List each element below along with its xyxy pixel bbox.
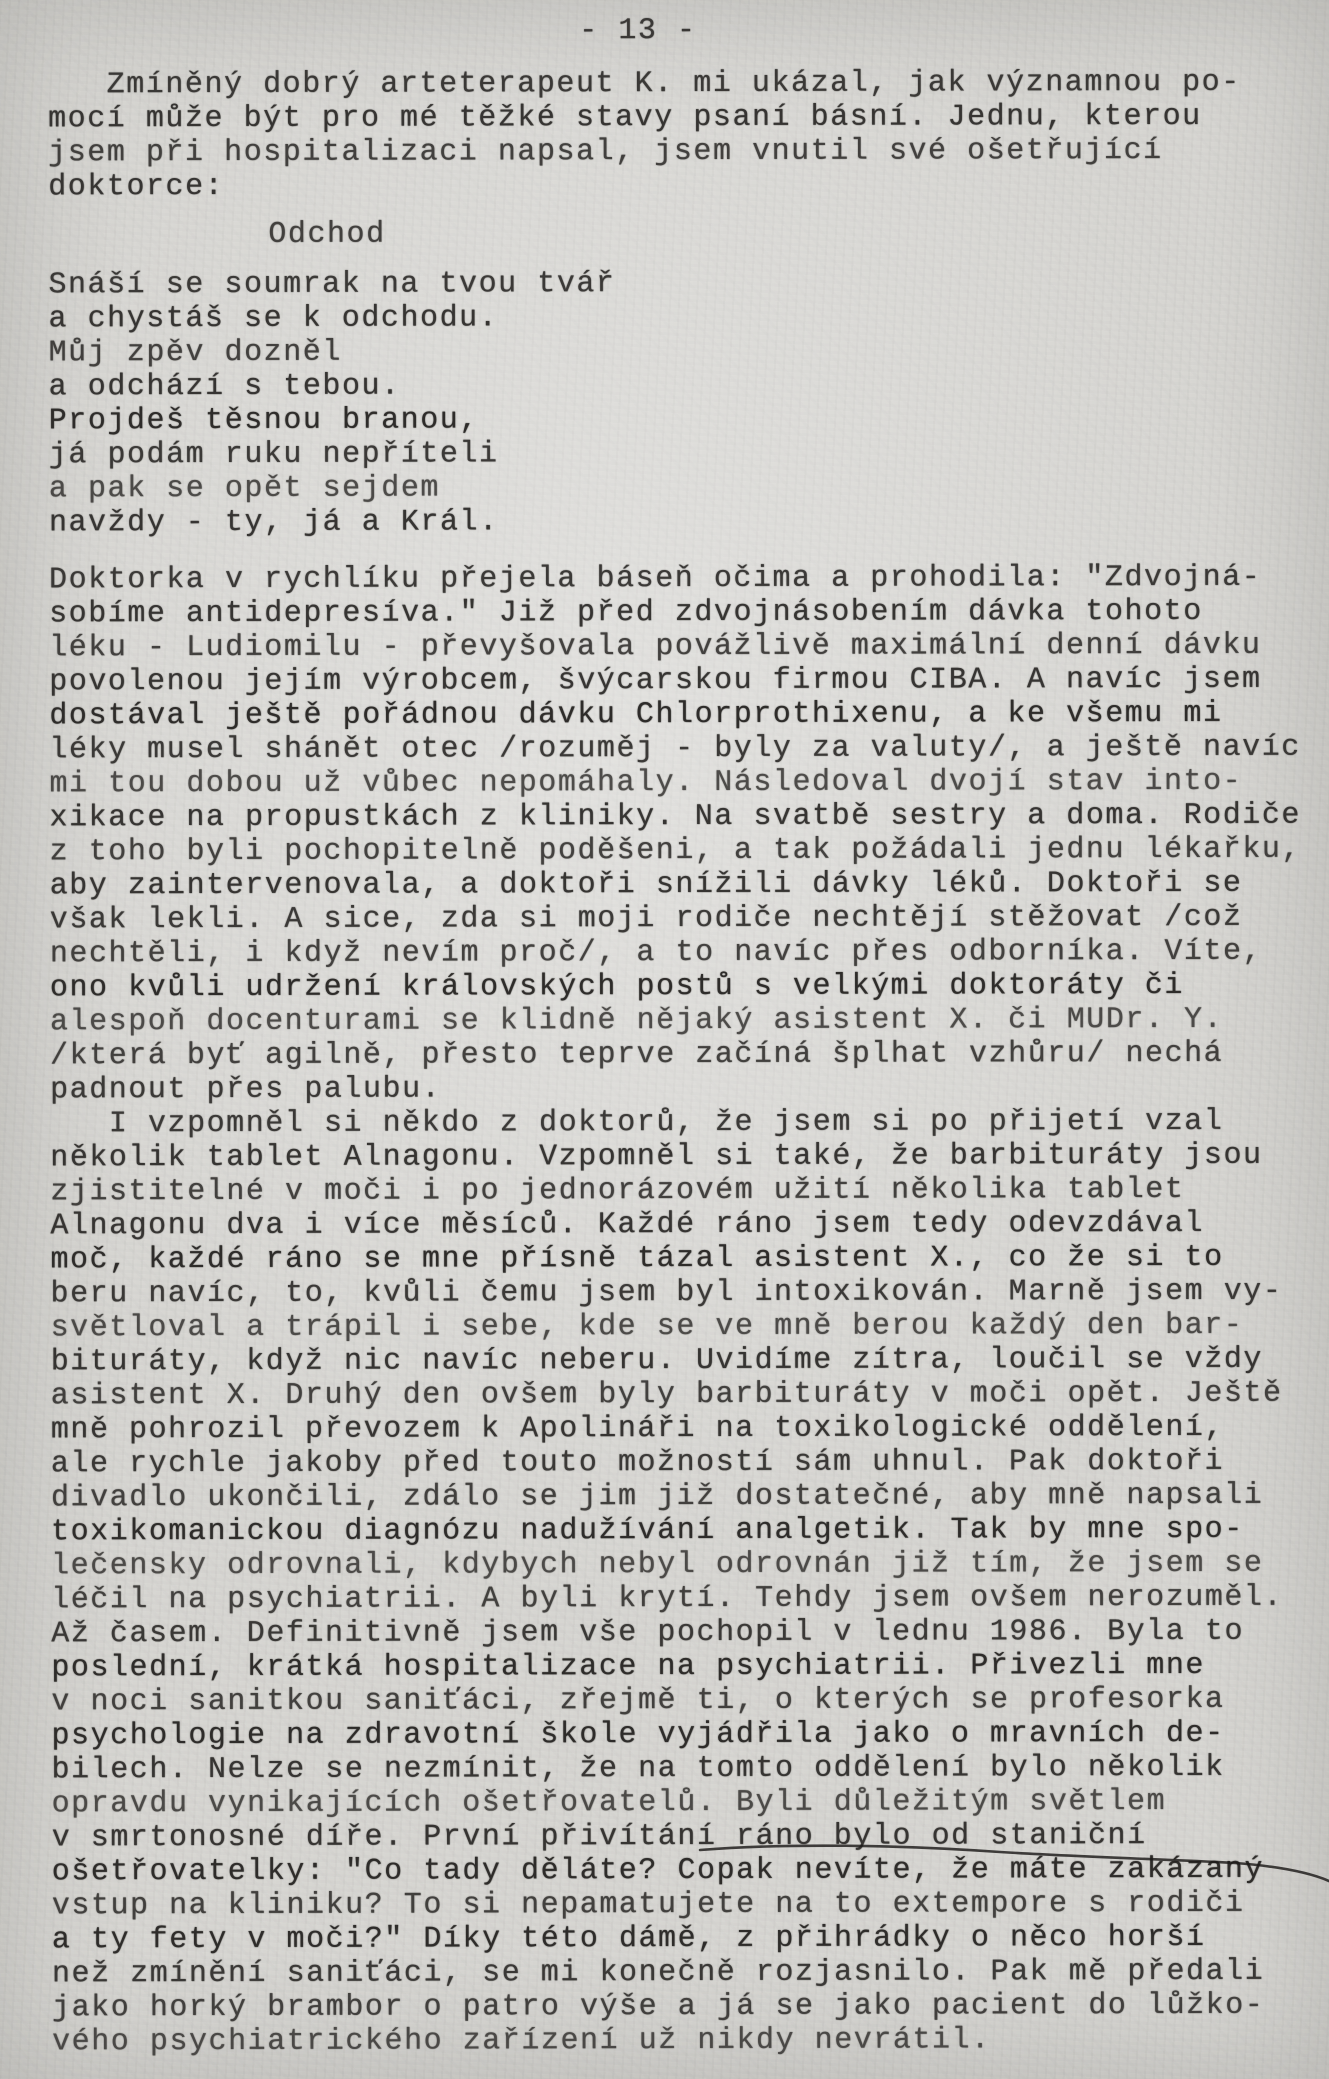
text-line: Snáší se soumrak na tvou tvář	[48, 266, 1320, 303]
text-line: Projdeš těsnou branou,	[49, 402, 1321, 439]
text-line: vého psychiatrického zařízení už nikdy n…	[52, 2023, 1324, 2060]
text-line: asistent X. Druhý den ovšem byly barbitu…	[51, 1377, 1323, 1414]
text-line: a pak se opět sejdem	[49, 470, 1321, 507]
text-line: jako horký brambor o patro výše a já se …	[52, 1989, 1324, 2026]
text-line: léčil na psychiatrii. A byli krytí. Tehd…	[51, 1581, 1323, 1618]
text-line: Zmíněný dobrý arteterapeut K. mi ukázal,…	[48, 66, 1320, 103]
main-paragraph: Doktorka v rychlíku přejela báseň očima …	[49, 561, 1322, 1108]
text-line: lečensky odrovnali, kdybych nebyl odrovn…	[51, 1547, 1323, 1584]
closing-paragraph: I vzpomněl si někdo z doktorů, že jsem s…	[50, 1105, 1324, 2060]
text-line: poslední, krátká hospitalizace na psychi…	[51, 1649, 1323, 1686]
text-line: mi tou dobou už vůbec nepomáhaly. Násled…	[49, 765, 1321, 802]
page-number: - 13 -	[48, 13, 1228, 49]
text-line: /která byť agilně, přesto teprve začíná …	[50, 1037, 1322, 1074]
text-line: psychologie na zdravotní škole vyjádřila…	[51, 1717, 1323, 1754]
text-line: světloval a trápil i sebe, kde se ve mně…	[51, 1309, 1323, 1346]
text-line: několik tablet Alnagonu. Vzpomněl si tak…	[50, 1139, 1322, 1176]
text-line: a chystáš se k odchodu.	[48, 300, 1320, 337]
intro-paragraph: Zmíněný dobrý arteterapeut K. mi ukázal,…	[48, 66, 1320, 205]
text-line: dostával ještě pořádnou dávku Chlorproth…	[49, 697, 1321, 734]
text-line: beru navíc, to, kvůli čemu jsem byl into…	[51, 1275, 1323, 1312]
text-line: léku - Ludiomilu - převyšovala povážlivě…	[49, 629, 1321, 666]
text-line: xikace na propustkách z kliniky. Na svat…	[50, 799, 1322, 836]
typewritten-page: - 13 - Zmíněný dobrý arteterapeut K. mi …	[0, 0, 1329, 2079]
text-line: já podám ruku nepříteli	[49, 436, 1321, 473]
text-line: aby zaintervenovala, a doktoři snížili d…	[50, 867, 1322, 904]
poem-title: Odchod	[48, 216, 1320, 253]
text-line: Doktorka v rychlíku přejela báseň očima …	[49, 561, 1321, 598]
text-line: v smrtonosné díře. První přivítání ráno …	[52, 1819, 1324, 1856]
text-line: doktorce:	[48, 168, 1320, 205]
text-line: a ty fety v moči?" Díky této dámě, z při…	[52, 1921, 1324, 1958]
text-line: divadlo ukončili, zdálo se jim již dosta…	[51, 1479, 1323, 1516]
text-line: padnout přes palubu.	[50, 1071, 1322, 1108]
text-line: navždy - ty, já a Král.	[49, 504, 1321, 541]
text-line: v noci sanitkou saniťáci, zřejmě ti, o k…	[51, 1683, 1323, 1720]
text-line: opravdu vynikajících ošetřovatelů. Byli …	[52, 1785, 1324, 1822]
text-line: z toho byli pochopitelně poděšeni, a tak…	[50, 833, 1322, 870]
text-line: alespoň docenturami se klidně nějaký asi…	[50, 1003, 1322, 1040]
text-line: vstup na kliniku? To si nepamatujete na …	[52, 1887, 1324, 1924]
text-line: povolenou jejím výrobcem, švýcarskou fir…	[49, 663, 1321, 700]
text-line: ošetřovatelky: "Co tady děláte? Copak ne…	[52, 1853, 1324, 1890]
text-line: jsem při hospitalizaci napsal, jsem vnut…	[48, 134, 1320, 171]
text-line: bilech. Nelze se nezmínit, že na tomto o…	[52, 1751, 1324, 1788]
text-line: Můj zpěv dozněl	[49, 334, 1321, 371]
text-line: nechtěli, i když nevím proč/, a to navíc…	[50, 935, 1322, 972]
text-line: zjistitelné v moči i po jednorázovém uži…	[50, 1173, 1322, 1210]
text-line: mně pohrozil převozem k Apolináři na tox…	[51, 1411, 1323, 1448]
text-line: však lekli. A sice, zda si moji rodiče n…	[50, 901, 1322, 938]
text-line: léky musel shánět otec /rozuměj - byly z…	[49, 731, 1321, 768]
text-line: mocí může být pro mé těžké stavy psaní b…	[48, 100, 1320, 137]
text-line: moč, každé ráno se mne přísně tázal asis…	[50, 1241, 1322, 1278]
text-line: I vzpomněl si někdo z doktorů, že jsem s…	[50, 1105, 1322, 1142]
text-line: Až časem. Definitivně jsem vše pochopil …	[51, 1615, 1323, 1652]
page-text-block: - 13 - Zmíněný dobrý arteterapeut K. mi …	[48, 13, 1324, 2060]
text-line: toxikomanickou diagnózu nadužívání analg…	[51, 1513, 1323, 1550]
text-line: než zmínění saniťáci, se mi konečně rozj…	[52, 1955, 1324, 1992]
text-line: ono kvůli udržení královských postů s ve…	[50, 969, 1322, 1006]
text-line: a odchází s tebou.	[49, 368, 1321, 405]
text-line: bituráty, když nic navíc neberu. Uvidíme…	[51, 1343, 1323, 1380]
poem: Snáší se soumrak na tvou tvářa chystáš s…	[48, 266, 1321, 541]
text-line: ale rychle jakoby před touto možností sá…	[51, 1445, 1323, 1482]
text-line: sobíme antidepresíva." Již před zdvojnás…	[49, 595, 1321, 632]
text-line: Alnagonu dva i více měsíců. Každé ráno j…	[50, 1207, 1322, 1244]
